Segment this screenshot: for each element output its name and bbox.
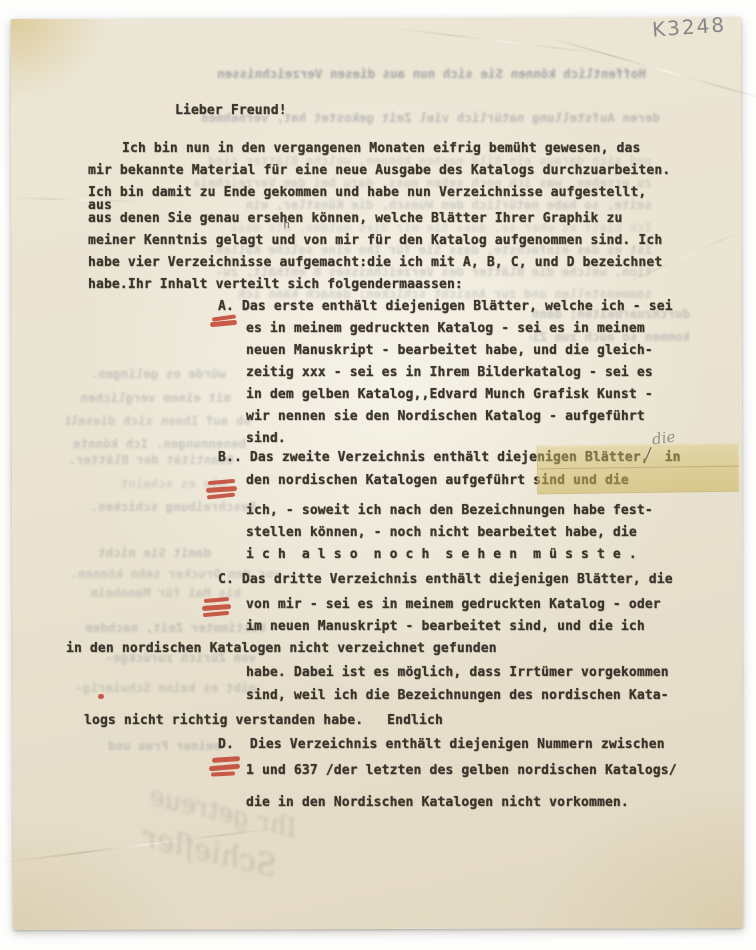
typed-line: in den nordischen Katalogen nicht verzei…: [66, 641, 497, 657]
typed-line: habe. Dabei ist es möglich, dass Irrtüme…: [246, 665, 669, 681]
typed-line: D. Dies Verzeichnis enthält diejenigen N…: [218, 737, 665, 753]
tick-mark: ’’: [340, 397, 346, 406]
typed-line: i c h a l s o n o c h s e h e n m ü s s …: [246, 547, 637, 563]
tape-crease-line: [538, 466, 739, 470]
ghost-line: ob auf Ihnen sich dieselben: [66, 413, 251, 428]
typed-line: die in den Nordischen Katalogen nicht vo…: [246, 795, 629, 811]
typed-line: A. Das erste enthält diejenigen Blätter,…: [218, 299, 673, 315]
ghost-line: damit Sie nicht: [66, 545, 211, 560]
ghost-line: benennungen. Ich könnte: [66, 436, 246, 451]
typed-line: von mir - sei es in meinem gedruckten Ka…: [246, 597, 661, 613]
ghost-line: gibt es keine Schwierig-: [66, 680, 256, 695]
tape-patch: [537, 443, 740, 495]
red-pencil-mark: [98, 694, 104, 699]
catalog-number: K3248: [651, 13, 726, 40]
typed-line: ich, - soweit ich nach den Bezeichnungen…: [246, 503, 653, 519]
typed-line: wir nennen sie den Nordischen Katalog - …: [246, 409, 645, 425]
typed-line: es in meinem gedruckten Katalog - sei es…: [246, 321, 645, 337]
insert-die: die: [651, 428, 676, 447]
ghost-line: Beschreibung schicken.: [66, 499, 256, 514]
typed-line: mir bekannte Material für eine neue Ausg…: [88, 163, 670, 179]
insert-n: n: [282, 219, 291, 231]
typed-line: Ich bin damit zu Ende gekommen und habe …: [88, 185, 646, 201]
typed-line: Ich bin nun in den vergangenen Monaten e…: [122, 141, 640, 157]
typed-line: habe vier Verzeichnisse aufgemacht:die i…: [88, 255, 662, 271]
typed-line: stellen können, - noch nicht bearbeitet …: [246, 525, 637, 541]
crease-line: [391, 27, 600, 54]
ghost-line: wie es scheint: [66, 476, 226, 491]
ghost-line: deren Aufstellung natürlich viel Zeit ge…: [70, 110, 660, 125]
typed-line: Lieber Freund!: [175, 103, 287, 119]
ghost-line: Hoffentlich können Sie sich nun aus dies…: [66, 66, 646, 81]
typed-line: C. Das dritte Verzeichnis enthält diejen…: [218, 572, 673, 588]
typed-line: zeitig xxx - sei es in Ihrem Bilderkatal…: [246, 365, 653, 381]
typed-line: neuen Manuskript - bearbeitet habe, und …: [246, 343, 653, 359]
typed-line: sind, weil ich die Bezeichnungen des nor…: [246, 688, 669, 704]
typed-line: 1 und 637 /der letzten des gelben nordis…: [246, 763, 677, 779]
ghost-line: würde es gelingen.: [66, 366, 226, 381]
ghost-line: meiner Frau und: [66, 738, 221, 753]
ghost-line: mit einem verglichen: [66, 390, 231, 405]
scanned-letter-page: Hoffentlich können Sie sich nun aus dies…: [0, 0, 756, 950]
ghost-line: bestimmter Zeit, nachdem: [66, 620, 266, 635]
typed-line: in dem gelben Katalog,,Edvard Munch Graf…: [246, 387, 653, 403]
typed-line: habe.Ihr Inhalt verteilt sich folgenderm…: [88, 277, 463, 293]
typed-line: meiner Kenntnis gelagt und von mir für d…: [88, 233, 662, 249]
typed-line: im neuen Manuskript - bearbeitet sind, u…: [246, 619, 645, 635]
typed-line: sind.: [246, 431, 286, 447]
typed-line: logs nicht richtig verstanden habe. Endl…: [84, 713, 443, 729]
ghost-line: Quantität der Blätter.: [66, 452, 234, 467]
typed-line: aus denen Sie genau ersehen können, welc…: [88, 211, 622, 227]
